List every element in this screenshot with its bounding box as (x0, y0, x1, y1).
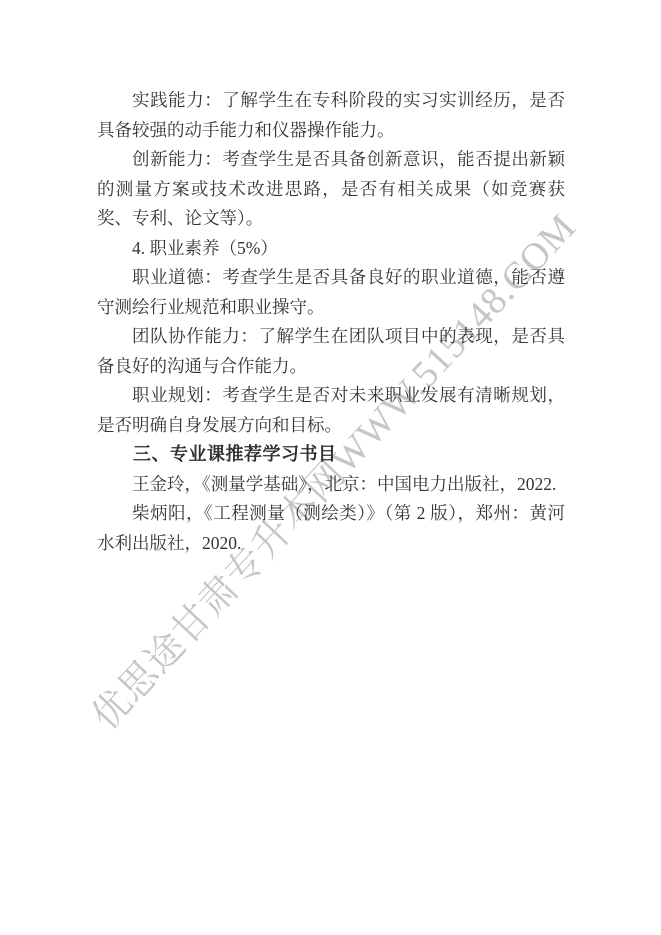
paragraph-career-planning: 职业规划：考查学生是否对未来职业发展有清晰规划，是否明确自身发展方向和目标。 (97, 381, 565, 440)
paragraph-practical-ability: 实践能力：了解学生在专科阶段的实习实训经历，是否具备较强的动手能力和仪器操作能力… (97, 86, 565, 145)
paragraph-professional-ethics: 职业道德：考查学生是否具备良好的职业道德，能否遵守测绘行业规范和职业操守。 (97, 263, 565, 322)
section-heading-recommended-books: 三、专业课推荐学习书目 (97, 440, 565, 470)
document-body: 实践能力：了解学生在专科阶段的实习实训经历，是否具备较强的动手能力和仪器操作能力… (97, 86, 565, 558)
paragraph-professional-quality-item: 4. 职业素养（5%） (97, 234, 565, 264)
paragraph-book-reference-1: 王金玲，《测量学基础》，北京：中国电力出版社，2022. (97, 470, 565, 500)
paragraph-teamwork-ability: 团队协作能力：了解学生在团队项目中的表现，是否具备良好的沟通与合作能力。 (97, 322, 565, 381)
paragraph-innovation-ability: 创新能力：考查学生是否具备创新意识，能否提出新颖的测量方案或技术改进思路，是否有… (97, 145, 565, 234)
paragraph-book-reference-2: 柴炳阳，《工程测量（测绘类）》（第 2 版），郑州：黄河水利出版社，2020. (97, 499, 565, 558)
document-page: 优思途甘肃专升本网WWW.515148.COM 实践能力：了解学生在专科阶段的实… (0, 0, 661, 935)
